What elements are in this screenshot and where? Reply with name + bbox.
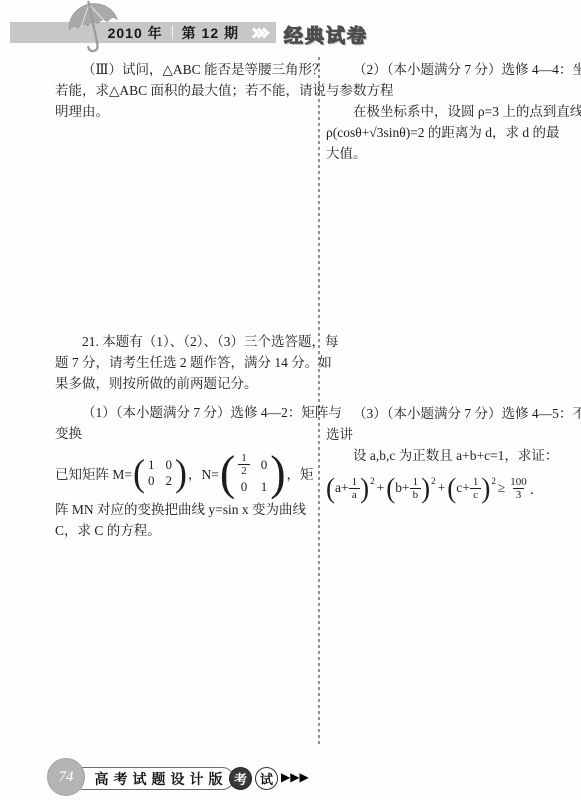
right-paren: ) xyxy=(481,475,490,501)
geq-operator: ≥ xyxy=(498,480,505,496)
matrix-equation: 已知矩阵 M= ( 1 0 0 2 ) ，N= ( 1 2 xyxy=(55,447,311,499)
issue-number: 第 12 期 xyxy=(182,23,239,43)
fraction-denominator: c xyxy=(470,488,481,501)
text-line: 设 a,b,c 为正数且 a+b+c=1，求证： xyxy=(326,445,572,466)
fraction-numerator: 1 xyxy=(238,452,250,464)
text-line: 题 7 分，请考生任选 2 题作答，满分 14 分。如 xyxy=(55,352,311,373)
right-column: （2）（本小题满分 7 分）选修 4—4：坐标系 与参数方程 在极坐标系中，设圆… xyxy=(326,59,572,505)
text-line: （3）（本小题满分 7 分）选修 4—5：不等式 xyxy=(326,403,572,424)
text-line: （Ⅲ）试问，△ABC 能否是等腰三角形？ xyxy=(55,59,311,80)
term-pre: b+ xyxy=(395,480,409,496)
right-paren: ) xyxy=(421,475,430,501)
term-fraction: 1 c xyxy=(470,476,482,501)
left-paren: ( xyxy=(447,475,456,501)
rhs-fraction: 100 3 xyxy=(507,476,530,501)
page-number-badge: 74 xyxy=(47,758,85,796)
fraction-numerator: 1 xyxy=(349,476,361,488)
exponent: 2 xyxy=(431,476,436,486)
scanned-exam-page: 2010 年 第 12 期 经典试卷 （Ⅲ）试问，△ABC 能否是等腰三角形？ … xyxy=(0,0,581,800)
masthead-title: 经典试卷 xyxy=(284,21,368,48)
fraction-denominator: 2 xyxy=(238,464,250,477)
matrix-cell: 2 xyxy=(166,474,173,487)
question-21-option1: （1）（本小题满分 7 分）选修 4—2：矩阵与 变换 xyxy=(55,402,311,444)
text-line: （2）（本小题满分 7 分）选修 4—4：坐标系 xyxy=(326,59,572,80)
header-separator xyxy=(172,26,173,39)
footer-arrows-icon: ▶▶▶ xyxy=(281,770,309,784)
formula-period: ． xyxy=(530,478,544,498)
exponent: 2 xyxy=(491,476,496,486)
plus-operator: + xyxy=(438,480,446,496)
question-21-intro: 21. 本题有（1）、（2）、（3）三个选答题，每 题 7 分，请考生任选 2 … xyxy=(55,331,311,394)
fraction-denominator: 3 xyxy=(513,488,525,501)
left-paren: ( xyxy=(133,456,145,490)
text-line: ρ(cosθ+√3sinθ)=2 的距离为 d，求 d 的最 xyxy=(326,122,572,143)
matrix-suffix: ，矩 xyxy=(287,463,314,483)
text-line: C，求 C 的方程。 xyxy=(55,520,311,541)
text-line: 选讲 xyxy=(326,424,572,445)
footer: 74 高考试题设计版 考 试 ▶▶▶ xyxy=(0,756,581,800)
text-line: 阵 MN 对应的变换把曲线 y=sin x 变为曲线 xyxy=(55,499,311,520)
matrix-cell: 0 xyxy=(148,474,155,487)
matrix-cell: 1 xyxy=(261,480,268,493)
matrix-M: ( 1 0 0 2 ) xyxy=(133,457,187,489)
exponent: 2 xyxy=(370,476,375,486)
fraction-numerator: 100 xyxy=(507,476,530,488)
chevrons-icon xyxy=(253,29,268,37)
term-pre: a+ xyxy=(335,480,349,496)
text-line: （1）（本小题满分 7 分）选修 4—2：矩阵与 xyxy=(55,402,311,423)
inequality-formula: ( a+ 1 a ) 2 + ( b+ 1 b xyxy=(326,471,572,505)
question-part3: （Ⅲ）试问，△ABC 能否是等腰三角形？ 若能，求△ABC 面积的最大值；若不能… xyxy=(55,59,311,122)
left-paren: ( xyxy=(386,475,395,501)
text-line: 明理由。 xyxy=(55,101,311,122)
matrix-cell-fraction: 1 2 xyxy=(238,452,250,477)
kao-badge: 考 xyxy=(229,767,252,790)
term-fraction: 1 b xyxy=(410,476,422,501)
fraction-denominator: b xyxy=(410,488,422,501)
text-line: 与参数方程 xyxy=(326,80,572,101)
term-fraction: 1 a xyxy=(349,476,361,501)
matrix-N-grid: 1 2 0 0 1 xyxy=(235,452,270,493)
text-line: 果多做，则按所做的前两题记分。 xyxy=(55,373,311,394)
fraction-denominator: a xyxy=(349,488,360,501)
matrix-prefix: 已知矩阵 M= xyxy=(55,463,132,483)
header-bar: 2010 年 第 12 期 xyxy=(10,22,276,43)
matrix-cell: 0 xyxy=(166,458,173,471)
right-paren: ) xyxy=(270,451,285,494)
umbrella-icon xyxy=(51,0,137,63)
edition-label: 高考试题设计版 xyxy=(72,767,234,790)
left-column: （Ⅲ）试问，△ABC 能否是等腰三角形？ 若能，求△ABC 面积的最大值；若不能… xyxy=(55,59,311,541)
matrix-cell: 0 xyxy=(238,480,250,493)
text-line: 大值。 xyxy=(326,143,572,164)
matrix-cell: 1 xyxy=(148,458,155,471)
fraction-numerator: 1 xyxy=(470,476,482,488)
left-paren: ( xyxy=(220,451,235,494)
fraction-numerator: 1 xyxy=(410,476,422,488)
term-pre: c+ xyxy=(456,480,470,496)
matrix-M-grid: 1 0 0 2 xyxy=(145,458,175,487)
plus-operator: + xyxy=(377,480,385,496)
matrix-mid: ，N= xyxy=(188,463,219,483)
right-paren: ) xyxy=(360,475,369,501)
matrix-cell: 0 xyxy=(261,458,268,471)
text-line: 若能，求△ABC 面积的最大值；若不能，请说 xyxy=(55,80,311,101)
matrix-N: ( 1 2 0 0 1 ) xyxy=(220,452,286,493)
text-line: 变换 xyxy=(55,423,311,444)
formula-term-c: ( c+ 1 c ) 2 xyxy=(447,476,496,501)
formula-term-b: ( b+ 1 b ) 2 xyxy=(386,476,435,501)
shi-badge: 试 xyxy=(255,767,278,790)
left-paren: ( xyxy=(326,475,335,501)
right-paren: ) xyxy=(175,456,187,490)
text-line: 21. 本题有（1）、（2）、（3）三个选答题，每 xyxy=(55,331,311,352)
text-line: 在极坐标系中，设圆 ρ=3 上的点到直线 xyxy=(326,101,572,122)
question-21-option3: （3）（本小题满分 7 分）选修 4—5：不等式 选讲 设 a,b,c 为正数且… xyxy=(326,403,572,505)
formula-term-a: ( a+ 1 a ) 2 xyxy=(326,476,375,501)
question-21-option2: （2）（本小题满分 7 分）选修 4—4：坐标系 与参数方程 在极坐标系中，设圆… xyxy=(326,59,572,164)
